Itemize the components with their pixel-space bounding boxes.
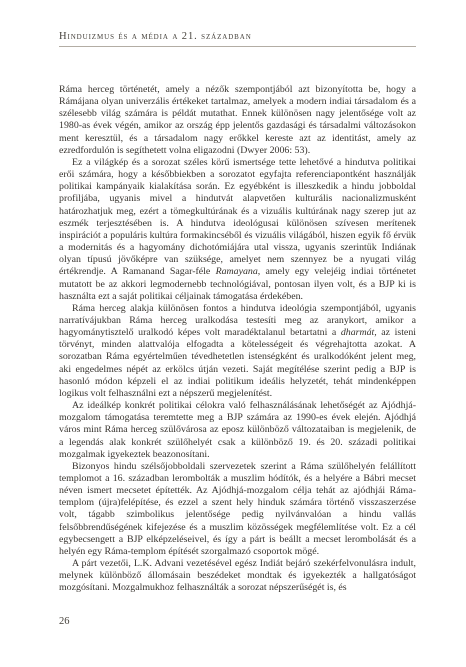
- text-segment: Az ideálkép konkrét politikai célokra va…: [59, 400, 416, 460]
- page-number: 26: [59, 616, 70, 627]
- italic-term: dharmát: [341, 327, 374, 338]
- paragraph: Az ideálkép konkrét politikai célokra va…: [59, 400, 416, 461]
- paragraph: Ráma herceg történetét, amely a nézők sz…: [59, 84, 416, 157]
- paragraph: Ez a világkép és a sorozat széles körű i…: [59, 157, 416, 303]
- page: Hinduizmus és a média a 21. században Rá…: [0, 0, 466, 667]
- italic-term: Ramayana: [216, 266, 258, 277]
- text-segment: A párt vezetői, L.K. Advani vezetésével …: [59, 558, 416, 593]
- text-segment: Ez a világkép és a sorozat széles körű i…: [59, 157, 416, 277]
- running-header: Hinduizmus és a média a 21. században: [59, 31, 416, 46]
- paragraph: A párt vezetői, L.K. Advani vezetésével …: [59, 558, 416, 594]
- text-segment: Ráma herceg történetét, amely a nézők sz…: [59, 84, 416, 156]
- paragraph: Bizonyos hindu szélsőjobboldali szerveze…: [59, 461, 416, 558]
- text-segment: Bizonyos hindu szélsőjobboldali szerveze…: [59, 461, 416, 557]
- running-header-wrap: Hinduizmus és a média a 21. században: [59, 31, 416, 47]
- paragraph: Ráma herceg alakja különösen fontos a hi…: [59, 303, 416, 400]
- body-text: Ráma herceg történetét, amely a nézők sz…: [59, 84, 416, 595]
- header-rule: [59, 46, 416, 47]
